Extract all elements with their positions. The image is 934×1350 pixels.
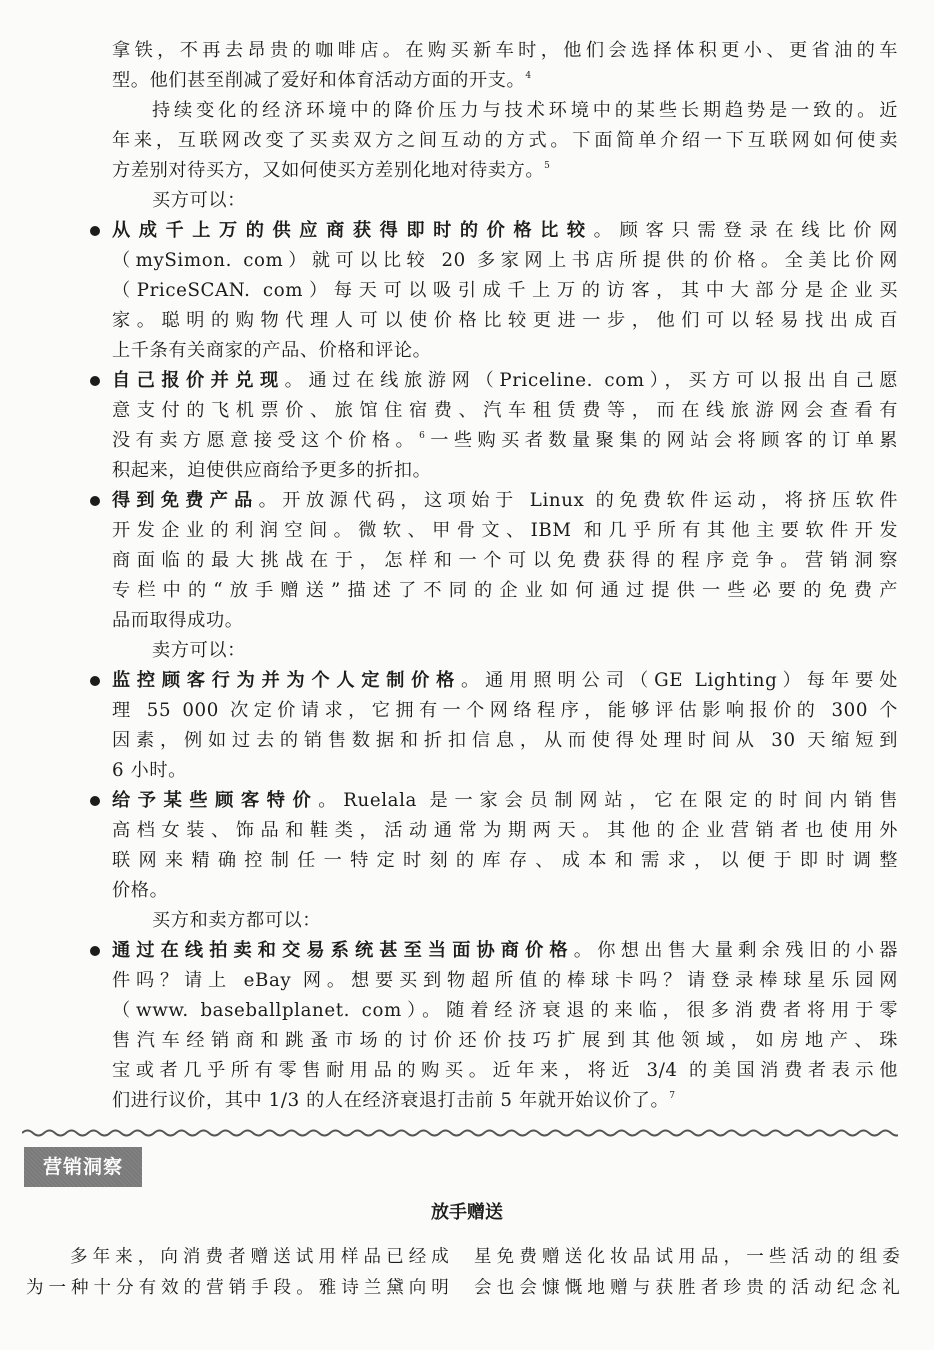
text-line: 为一种十分有效的营销手段。雅诗兰黛向明: [26, 1273, 451, 1304]
text-line: （PriceSCAN. com）每天可以吸引成千上万的访客，其中大部分是企业买: [112, 276, 898, 306]
text-line: （www. baseballplanet. com）。随着经济衰退的来临，很多消…: [112, 996, 898, 1026]
bullet-item-buyers-1: 从成千上万的供应商获得即时的价格比较。顾客只需登录在线比价网 （mySimon.…: [46, 216, 898, 366]
text-line: 方差别对待买方，又如何使买方差别化地对待卖方。5: [112, 156, 898, 186]
text-line: 没有卖方愿意接受这个价格。6一些购买者数量聚集的网站会将顾客的订单累: [112, 426, 898, 456]
text-line: 理 55 000 次定价请求，它拥有一个网络程序，能够评估影响报价的 300 个: [112, 696, 898, 726]
sellers-intro: 卖方可以：: [112, 636, 898, 666]
sidebar-box-label: 营销洞察: [24, 1147, 142, 1187]
text-line: 年来，互联网改变了买卖双方之间互动的方式。下面简单介绍一下互联网如何使卖: [112, 126, 898, 156]
bullet-icon: [90, 946, 100, 956]
text-line: 从成千上万的供应商获得即时的价格比较。顾客只需登录在线比价网: [112, 216, 898, 246]
text-line: 售汽车经销商和跳蚤市场的讨价还价技巧扩展到其他领域，如房地产、珠: [112, 1026, 898, 1056]
buyers-intro: 买方可以：: [112, 186, 898, 216]
bullet-title: 通过在线拍卖和交易系统甚至当面协商价格: [112, 940, 574, 961]
sidebar-box-left-column: 多年来，向消费者赠送试用样品已经成 为一种十分有效的营销手段。雅诗兰黛向明: [26, 1242, 451, 1304]
bullet-title: 监控顾客行为并为个人定制价格: [112, 670, 461, 691]
text-line: 会也会慷慨地赠与获胜者珍贵的活动纪念礼: [474, 1273, 902, 1304]
both-intro: 买方和卖方都可以：: [112, 906, 898, 936]
bullet-title: 给予某些顾客特价: [112, 790, 318, 811]
bullet-title: 得到免费产品: [112, 490, 259, 511]
text-line: 宝或者几乎所有零售耐用品的购买。近年来，将近 3/4 的美国消费者表示他: [112, 1056, 898, 1086]
bullet-item-both-1: 通过在线拍卖和交易系统甚至当面协商价格。你想出售大量剩余残旧的小器 件吗？请上 …: [46, 936, 898, 1116]
text-line: 6 小时。: [112, 756, 898, 786]
sidebar-box-title: 放手赠送: [0, 1199, 934, 1227]
bullet-icon: [90, 676, 100, 686]
text-line: 给予某些顾客特价。Ruelala 是一家会员制网站，它在限定的时间内销售: [112, 786, 898, 816]
text-line: 通过在线拍卖和交易系统甚至当面协商价格。你想出售大量剩余残旧的小器: [112, 936, 898, 966]
text-line: 商面临的最大挑战在于，怎样和一个可以免费获得的程序竞争。营销洞察: [112, 546, 898, 576]
wavy-divider: [22, 1128, 898, 1138]
text-line: 价格。: [112, 876, 898, 906]
paragraph-continuation: 拿铁，不再去昂贵的咖啡店。在购买新车时，他们会选择体积更小、更省油的车 型。他们…: [112, 36, 898, 96]
bullet-item-sellers-2: 给予某些顾客特价。Ruelala 是一家会员制网站，它在限定的时间内销售 高档女…: [46, 786, 898, 906]
bullet-title: 从成千上万的供应商获得即时的价格比较: [112, 220, 594, 241]
text-line: 型。他们甚至削减了爱好和体育活动方面的开支。4: [112, 66, 898, 96]
main-text-column: 拿铁，不再去昂贵的咖啡店。在购买新车时，他们会选择体积更小、更省油的车 型。他们…: [112, 36, 898, 1116]
sidebar-box-right-column: 星免费赠送化妆品试用品，一些活动的组委 会也会慷慨地赠与获胜者珍贵的活动纪念礼: [474, 1242, 902, 1304]
text-line: 们进行议价，其中 1/3 的人在经济衰退打击前 5 年就开始议价了。7: [112, 1086, 898, 1116]
text-line: 家。聪明的购物代理人可以使价格比较更进一步，他们可以轻易找出成百: [112, 306, 898, 336]
text-line: 星免费赠送化妆品试用品，一些活动的组委: [474, 1242, 902, 1273]
text-line: 意支付的飞机票价、旅馆住宿费、汽车租赁费等，而在线旅游网会查看有: [112, 396, 898, 426]
bullet-item-buyers-2: 自己报价并兑现。通过在线旅游网（Priceline. com），买方可以报出自己…: [46, 366, 898, 486]
text-line: 上千条有关商家的产品、价格和评论。: [112, 336, 898, 366]
bullet-icon: [90, 376, 100, 386]
bullet-icon: [90, 796, 100, 806]
text-line: 专栏中的“放手赠送”描述了不同的企业如何通过提供一些必要的免费产: [112, 576, 898, 606]
bullet-icon: [90, 496, 100, 506]
text-line: 高档女装、饰品和鞋类，活动通常为期两天。其他的企业营销者也使用外: [112, 816, 898, 846]
text-line: 监控顾客行为并为个人定制价格。通用照明公司（GE Lighting）每年要处: [112, 666, 898, 696]
text-line: 品而取得成功。: [112, 606, 898, 636]
text-line: 多年来，向消费者赠送试用样品已经成: [26, 1242, 451, 1273]
paragraph-internet-pricing: 持续变化的经济环境中的降价压力与技术环境中的某些长期趋势是一致的。近 年来，互联…: [112, 96, 898, 186]
book-page: 拿铁，不再去昂贵的咖啡店。在购买新车时，他们会选择体积更小、更省油的车 型。他们…: [0, 0, 934, 1350]
text-line: 开发企业的利润空间。微软、甲骨文、IBM 和几乎所有其他主要软件开发: [112, 516, 898, 546]
text-line: 得到免费产品。开放源代码，这项始于 Linux 的免费软件运动，将挤压软件: [112, 486, 898, 516]
text-line: （mySimon. com）就可以比较 20 多家网上书店所提供的价格。全美比价…: [112, 246, 898, 276]
text-line: 持续变化的经济环境中的降价压力与技术环境中的某些长期趋势是一致的。近: [112, 96, 898, 126]
text-line: 因素，例如过去的销售数据和折扣信息，从而使得处理时间从 30 天缩短到: [112, 726, 898, 756]
text-line: 拿铁，不再去昂贵的咖啡店。在购买新车时，他们会选择体积更小、更省油的车: [112, 36, 898, 66]
bullet-title: 自己报价并兑现: [112, 370, 285, 391]
text-line: 联网来精确控制任一特定时刻的库存、成本和需求，以便于即时调整: [112, 846, 898, 876]
bullet-item-sellers-1: 监控顾客行为并为个人定制价格。通用照明公司（GE Lighting）每年要处 理…: [46, 666, 898, 786]
footnote-ref[interactable]: 5: [544, 161, 550, 171]
text-line: 自己报价并兑现。通过在线旅游网（Priceline. com），买方可以报出自己…: [112, 366, 898, 396]
text-line: 件吗？请上 eBay 网。想要买到物超所值的棒球卡吗？请登录棒球星乐园网: [112, 966, 898, 996]
footnote-ref[interactable]: 4: [525, 71, 531, 81]
bullet-icon: [90, 226, 100, 236]
text-line: 积起来，迫使供应商给予更多的折扣。: [112, 456, 898, 486]
bullet-item-buyers-3: 得到免费产品。开放源代码，这项始于 Linux 的免费软件运动，将挤压软件 开发…: [46, 486, 898, 636]
footnote-ref[interactable]: 7: [669, 1091, 675, 1101]
